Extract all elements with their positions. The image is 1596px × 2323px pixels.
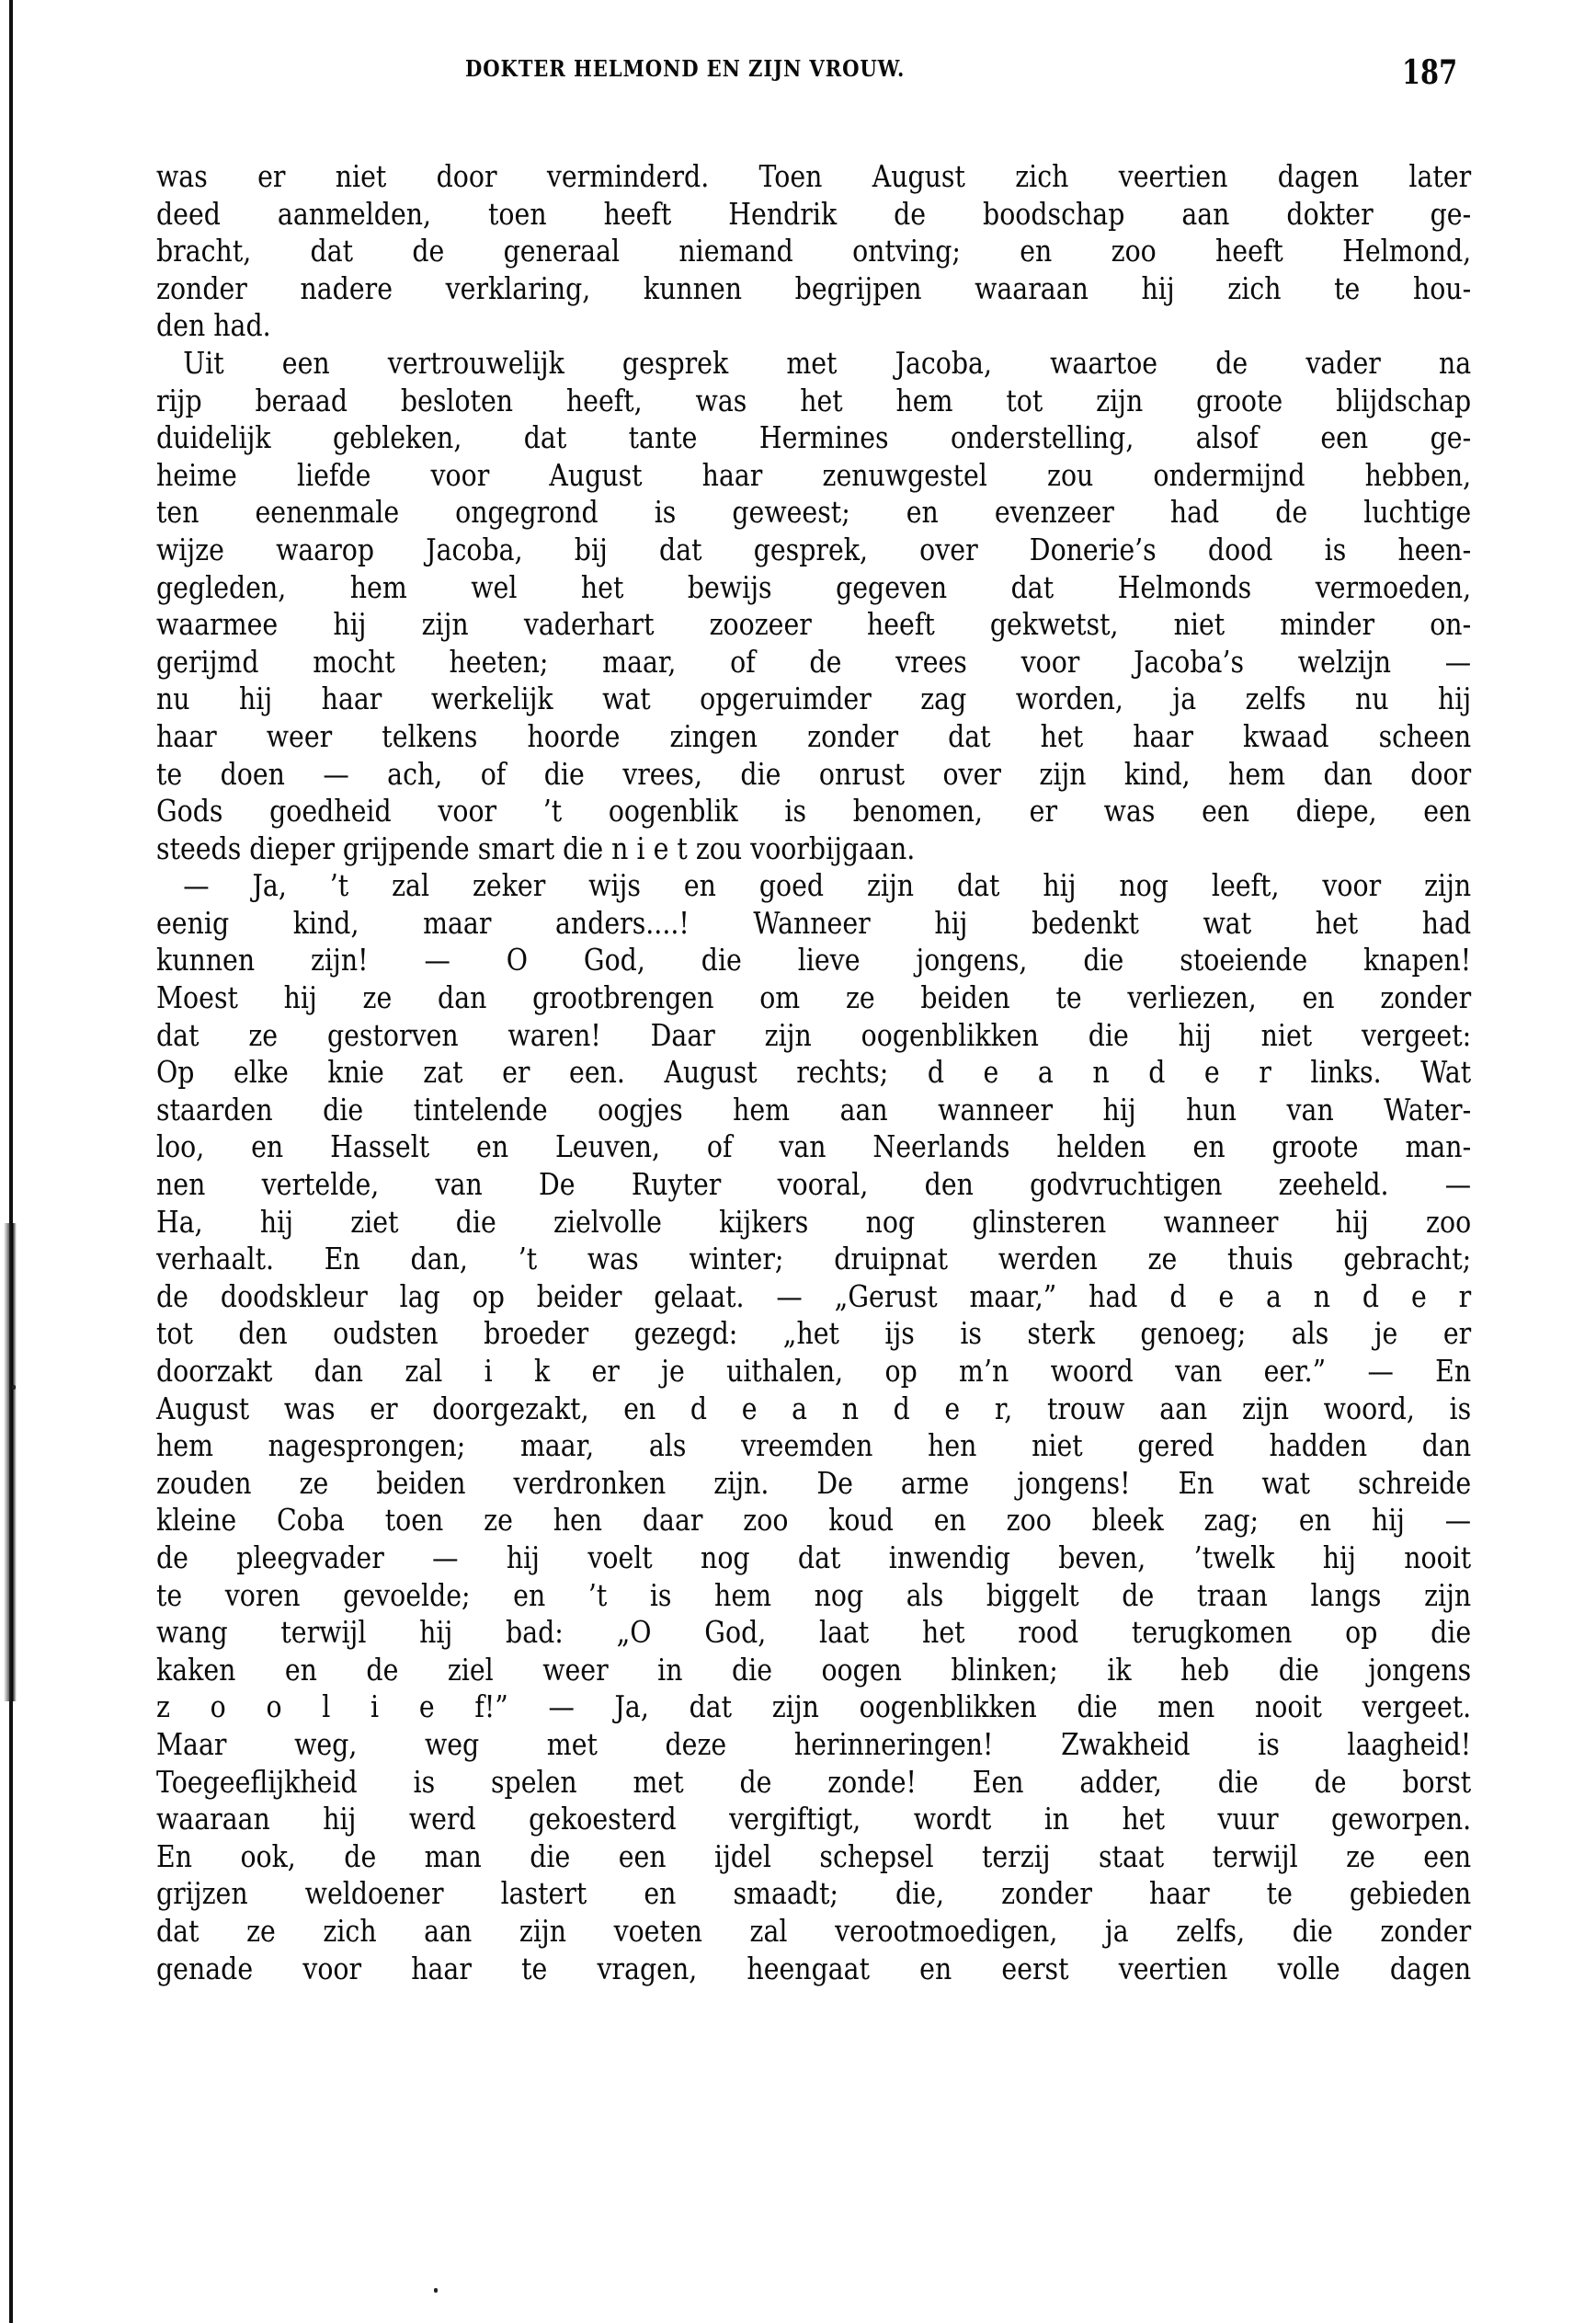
text-line: kunnen zijn! — O God, die lieve jongens,… bbox=[156, 942, 1471, 979]
text-line: deed aanmelden, toen heeft Hendrik de bo… bbox=[156, 196, 1471, 234]
scan-page-edge bbox=[9, 0, 13, 2323]
text-line: waarmee hij zijn vaderhart zoozeer heeft… bbox=[156, 606, 1471, 644]
scan-speck bbox=[12, 1385, 16, 1390]
text-line: steeds dieper grijpende smart die n i e … bbox=[156, 830, 1471, 868]
text-line: ten eenenmale ongegrond is geweest; en e… bbox=[156, 494, 1471, 532]
text-line: Moest hij ze dan grootbrengen om ze beid… bbox=[156, 979, 1471, 1017]
text-line: waaraan hij werd gekoesterd vergiftigt, … bbox=[156, 1801, 1471, 1838]
text-line: rijp beraad besloten heeft, was het hem … bbox=[156, 383, 1471, 420]
text-line: hem nagesprongen; maar, als vreemden hen… bbox=[156, 1427, 1471, 1465]
text-line: Ha, hij ziet die zielvolle kijkers nog g… bbox=[156, 1204, 1471, 1242]
text-line: doorzakt dan zal i k er je uithalen, op … bbox=[156, 1353, 1471, 1390]
text-line: En ook, de man die een ijdel schepsel te… bbox=[156, 1838, 1471, 1876]
text-line: te doen — ach, of die vrees, die onrust … bbox=[156, 756, 1471, 794]
text-line: de doodskleur lag op beider gelaat. — „G… bbox=[156, 1278, 1471, 1316]
text-line: dat ze gestorven waren! Daar zijn oogenb… bbox=[156, 1017, 1471, 1055]
text-line: heime liefde voor August haar zenuwgeste… bbox=[156, 457, 1471, 495]
text-line: kaken en de ziel weer in die oogen blink… bbox=[156, 1652, 1471, 1689]
text-line: gerijmd mocht heeten; maar, of de vrees … bbox=[156, 644, 1471, 681]
text-line: Toegeeflijkheid is spelen met de zonde! … bbox=[156, 1764, 1471, 1802]
text-line: tot den oudsten broeder gezegd: „het ijs… bbox=[156, 1315, 1471, 1353]
text-line: duidelijk gebleken, dat tante Hermines o… bbox=[156, 419, 1471, 457]
text-line: was er niet door verminderd. Toen August… bbox=[156, 158, 1471, 196]
text-line: wang terwijl hij bad: „O God, laat het r… bbox=[156, 1614, 1471, 1652]
page-number: 187 bbox=[1402, 53, 1457, 92]
body-text: was er niet door verminderd. Toen August… bbox=[156, 158, 1471, 1987]
text-line: nen vertelde, van De Ruyter vooral, den … bbox=[156, 1166, 1471, 1204]
text-line: z o o l i e f!” — Ja, dat zijn oogenblik… bbox=[156, 1688, 1471, 1726]
paragraph-start-line: Uit een vertrouwelijk gesprek met Jacoba… bbox=[156, 345, 1471, 383]
text-line: August was er doorgezakt, en d e a n d e… bbox=[156, 1390, 1471, 1428]
text-line: grijzen weldoener lastert en smaadt; die… bbox=[156, 1875, 1471, 1913]
scan-speck bbox=[434, 2288, 438, 2293]
text-line: dat ze zich aan zijn voeten zal verootmo… bbox=[156, 1913, 1471, 1951]
running-head: DOKTER HELMOND EN ZIJN VROUW. bbox=[465, 55, 905, 82]
text-line: wijze waarop Jacoba, bij dat gesprek, ov… bbox=[156, 532, 1471, 569]
text-line: haar weer telkens hoorde zingen zonder d… bbox=[156, 718, 1471, 756]
text-line: staarden die tintelende oogjes hem aan w… bbox=[156, 1092, 1471, 1129]
paragraph-start-line: — Ja, ’t zal zeker wijs en goed zijn dat… bbox=[156, 867, 1471, 905]
text-line: nu hij haar werkelijk wat opgeruimder za… bbox=[156, 681, 1471, 718]
scan-edge-smudge bbox=[4, 1223, 17, 1701]
text-line: zonder nadere verklaring, kunnen begrijp… bbox=[156, 270, 1471, 308]
text-line: Op elke knie zat er een. August rechts; … bbox=[156, 1054, 1471, 1092]
text-line: verhaalt. En dan, ’t was winter; druipna… bbox=[156, 1241, 1471, 1278]
text-line: den had. bbox=[156, 307, 1471, 345]
text-line: genade voor haar te vragen, heengaat en … bbox=[156, 1951, 1471, 1988]
text-line: gegleden, hem wel het bewijs gegeven dat… bbox=[156, 569, 1471, 607]
text-line: loo, en Hasselt en Leuven, of van Neerla… bbox=[156, 1128, 1471, 1166]
text-line: Maar weg, weg met deze herinneringen! Zw… bbox=[156, 1726, 1471, 1764]
text-line: zouden ze beiden verdronken zijn. De arm… bbox=[156, 1465, 1471, 1503]
text-line: de pleegvader — hij voelt nog dat inwend… bbox=[156, 1539, 1471, 1577]
text-line: Gods goedheid voor ’t oogenblik is benom… bbox=[156, 793, 1471, 830]
text-line: kleine Coba toen ze hen daar zoo koud en… bbox=[156, 1502, 1471, 1539]
text-line: te voren gevoelde; en ’t is hem nog als … bbox=[156, 1577, 1471, 1615]
text-line: eenig kind, maar anders....! Wanneer hij… bbox=[156, 905, 1471, 943]
text-line: bracht, dat de generaal niemand ontving;… bbox=[156, 233, 1471, 270]
